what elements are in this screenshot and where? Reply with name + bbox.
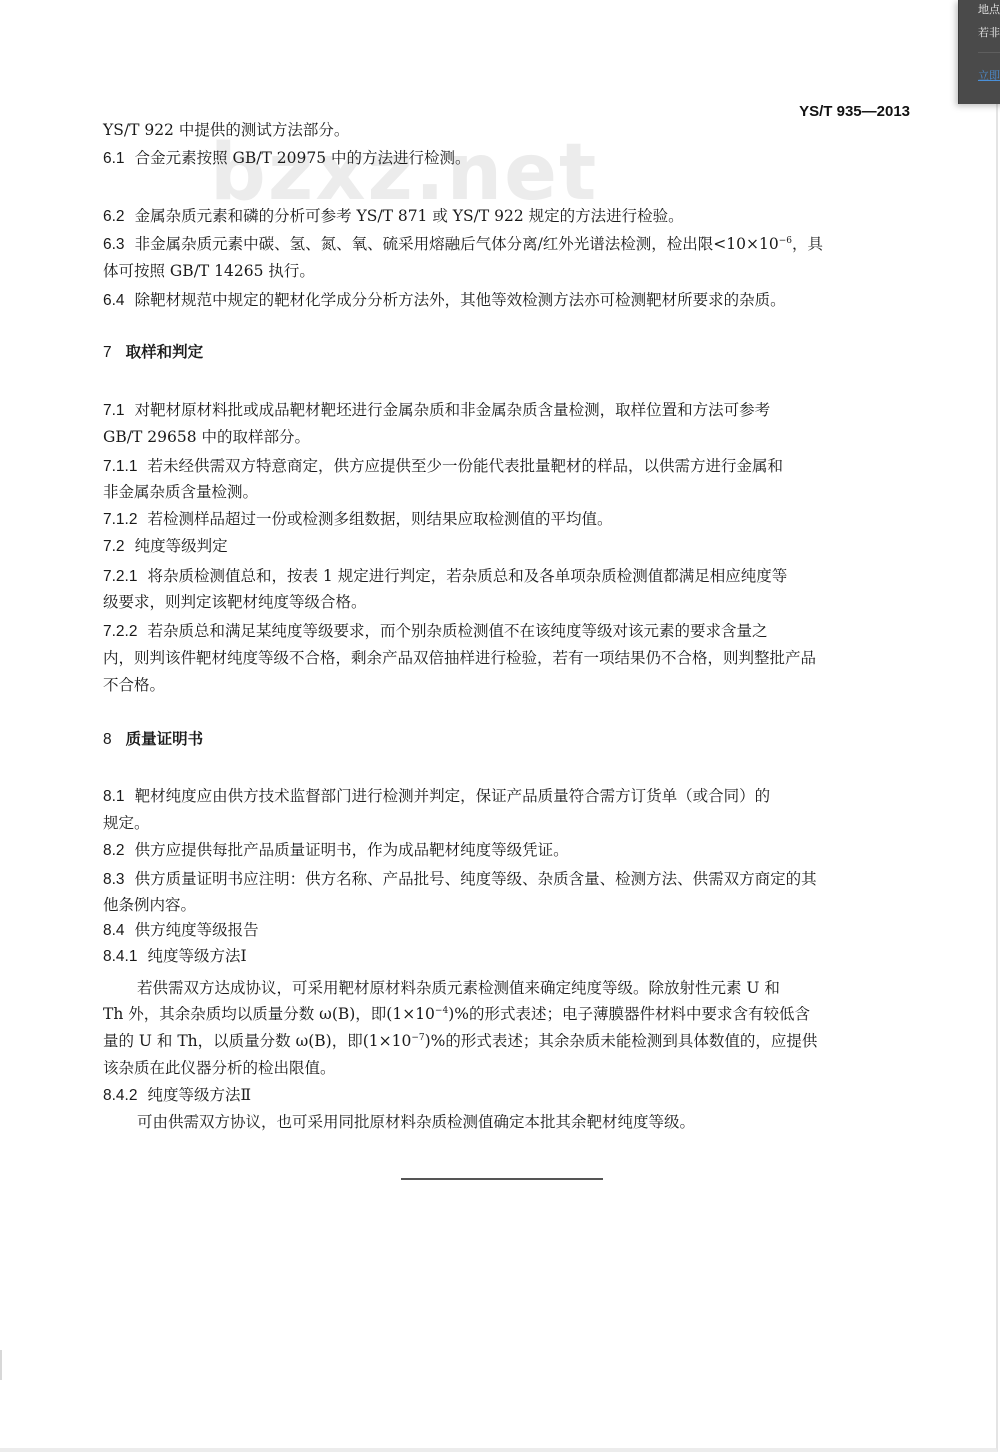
clause-7-1-1: 7.1.1若未经供需双方特意商定，供方应提供至少一份能代表批量靶材的样品，以供需… <box>103 456 783 477</box>
clause-text: 非金属杂质元素中碳、氢、氮、氧、硫采用熔融后气体分离/红外光谱法检测，检出限<1… <box>135 235 779 253</box>
document-page: bzxz.net YS/T 935—2013 YS/T 922 中提供的测试方法… <box>0 0 998 1452</box>
clause-text: 若检测样品超过一份或检测多组数据，则结果应取检测值的平均值。 <box>147 510 612 528</box>
superscript: −4 <box>435 1006 448 1016</box>
clause-number: 6.3 <box>103 235 125 255</box>
clause-6-4: 6.4除靶材规范中规定的靶材化学成分分析方法外，其他等效检测方法亦可检测靶材所要… <box>103 290 786 311</box>
document-end-rule <box>401 1178 603 1180</box>
clause-7-1-1-continued: 非金属杂质含量检测。 <box>103 482 258 502</box>
clause-7-1-continued: GB/T 29658 中的取样部分。 <box>103 427 310 447</box>
clause-6-3: 6.3非金属杂质元素中碳、氢、氮、氧、硫采用熔融后气体分离/红外光谱法检测，检出… <box>103 234 823 255</box>
clause-number: 7.1.1 <box>103 457 137 477</box>
clause-8-4-2: 8.4.2纯度等级方法Ⅱ <box>103 1085 251 1106</box>
page-edge-mark <box>0 1350 2 1380</box>
clause-number: 7.1 <box>103 401 125 421</box>
clause-6-1: 6.1合金元素按照 GB/T 20975 中的方法进行检测。 <box>103 148 471 169</box>
clause-text: 纯度等级判定 <box>135 537 228 555</box>
clause-text: 靶材纯度应由供方技术监督部门进行检测并判定，保证产品质量符合需方订货单（或合同）… <box>135 787 771 805</box>
section-title: 质量证明书 <box>126 730 204 748</box>
clause-7-2-2-continued: 不合格。 <box>103 675 165 695</box>
clause-text: 纯度等级方法Ⅱ <box>147 1086 251 1104</box>
clause-6-3-continued: 体可按照 GB/T 14265 执行。 <box>103 261 315 281</box>
clause-text: 除靶材规范中规定的靶材化学成分分析方法外，其他等效检测方法亦可检测靶材所要求的杂… <box>135 291 786 309</box>
clause-8-2: 8.2供方应提供每批产品质量证明书，作为成品靶材纯度等级凭证。 <box>103 840 569 861</box>
clause-text: 供方质量证明书应注明：供方名称、产品批号、纯度等级、杂质含量、检测方法、供需双方… <box>135 870 817 888</box>
clause-text: 若杂质总和满足某纯度等级要求，而个别杂质检测值不在该纯度等级对该元素的要求含量之 <box>147 622 767 640</box>
superscript: −7 <box>411 1033 424 1043</box>
clause-number: 6.4 <box>103 291 125 311</box>
watermark: bzxz.net <box>210 128 598 218</box>
clause-number: 8.2 <box>103 841 125 861</box>
paragraph-8-4-2: 可由供需双方协议，也可采用同批原材料杂质检测值确定本批其余靶材纯度等级。 <box>137 1112 695 1132</box>
clause-number: 8.4.2 <box>103 1086 137 1106</box>
clause-number: 7.2.1 <box>103 567 137 587</box>
clause-7-2-1-continued: 级要求，则判定该靶材纯度等级合格。 <box>103 592 367 612</box>
clause-7-2: 7.2纯度等级判定 <box>103 536 228 557</box>
clause-text: 合金元素按照 GB/T 20975 中的方法进行检测。 <box>135 149 471 167</box>
paragraph-8-4-1-continued: Th 外，其余杂质均以质量分数 ω(B)，即(1×10−4)%的形式表述；电子薄… <box>103 1004 810 1024</box>
clause-8-1: 8.1靶材纯度应由供方技术监督部门进行检测并判定，保证产品质量符合需方订货单（或… <box>103 786 770 807</box>
clause-number: 8.4 <box>103 921 125 941</box>
clause-text: 供方应提供每批产品质量证明书，作为成品靶材纯度等级凭证。 <box>135 841 569 859</box>
popup-text-line: 地点 <box>978 1 1000 17</box>
clause-number: 8.3 <box>103 870 125 890</box>
clause-8-4-1: 8.4.1纯度等级方法Ⅰ <box>103 946 247 967</box>
clause-6-2: 6.2金属杂质元素和磷的分析可参考 YS/T 871 或 YS/T 922 规定… <box>103 206 684 227</box>
clause-7-2-1: 7.2.1将杂质检测值总和，按表 1 规定进行判定，若杂质总和及各单项杂质检测值… <box>103 566 787 587</box>
clause-text: 金属杂质元素和磷的分析可参考 YS/T 871 或 YS/T 922 规定的方法… <box>135 207 684 225</box>
clause-8-3: 8.3供方质量证明书应注明：供方名称、产品批号、纯度等级、杂质含量、检测方法、供… <box>103 869 817 890</box>
clause-number: 8.4.1 <box>103 947 137 967</box>
clause-number: 7.2 <box>103 537 125 557</box>
clause-7-2-2-continued: 内，则判该件靶材纯度等级不合格，剩余产品双倍抽样进行检验，若有一项结果仍不合格，… <box>103 648 816 668</box>
section-heading-7: 7取样和判定 <box>103 342 203 363</box>
paragraph-8-4-1-continued: 该杂质在此仪器分析的检出限值。 <box>103 1058 336 1078</box>
clause-text: 供方纯度等级报告 <box>135 921 259 939</box>
paragraph-8-4-1-continued: 量的 U 和 Th，以质量分数 ω(B)，即(1×10−7)%的形式表述；其余杂… <box>103 1031 817 1051</box>
section-number: 7 <box>103 343 112 363</box>
document-code-header: YS/T 935—2013 <box>799 103 910 120</box>
clause-text: ，具 <box>792 235 823 253</box>
clause-8-3-continued: 他条例内容。 <box>103 895 196 915</box>
clause-8-4: 8.4供方纯度等级报告 <box>103 920 259 941</box>
superscript: −6 <box>779 236 792 246</box>
clause-7-2-2: 7.2.2若杂质总和满足某纯度等级要求，而个别杂质检测值不在该纯度等级对该元素的… <box>103 621 768 642</box>
paragraph-8-4-1: 若供需双方达成协议，可采用靶材原材料杂质元素检测值来确定纯度等级。除放射性元素 … <box>137 978 780 998</box>
clause-text: 若未经供需双方特意商定，供方应提供至少一份能代表批量靶材的样品，以供需方进行金属… <box>147 457 783 475</box>
clause-number: 6.2 <box>103 207 125 227</box>
section-title: 取样和判定 <box>126 343 204 361</box>
clause-text: 纯度等级方法Ⅰ <box>147 947 246 965</box>
notification-popup: 地点 若非 立即 <box>958 0 1000 104</box>
popup-action-link[interactable]: 立即 <box>978 67 1000 83</box>
clause-number: 7.2.2 <box>103 622 137 642</box>
clause-number: 8.1 <box>103 787 125 807</box>
clause-7-1: 7.1对靶材原材料批或成品靶材靶坯进行金属杂质和非金属杂质含量检测，取样位置和方… <box>103 400 770 421</box>
popup-text-line: 若非 <box>978 24 1000 40</box>
clause-8-1-continued: 规定。 <box>103 813 150 833</box>
clause-number: 6.1 <box>103 149 125 169</box>
clause-7-1-2: 7.1.2若检测样品超过一份或检测多组数据，则结果应取检测值的平均值。 <box>103 509 613 530</box>
popup-divider <box>978 52 1000 53</box>
clause-text: 将杂质检测值总和，按表 1 规定进行判定，若杂质总和及各单项杂质检测值都满足相应… <box>147 567 787 585</box>
section-heading-8: 8质量证明书 <box>103 729 203 750</box>
section-number: 8 <box>103 730 112 750</box>
paragraph-line: YS/T 922 中提供的测试方法部分。 <box>103 120 349 140</box>
clause-text: 对靶材原材料批或成品靶材靶坯进行金属杂质和非金属杂质含量检测，取样位置和方法可参… <box>135 401 771 419</box>
clause-number: 7.1.2 <box>103 510 137 530</box>
